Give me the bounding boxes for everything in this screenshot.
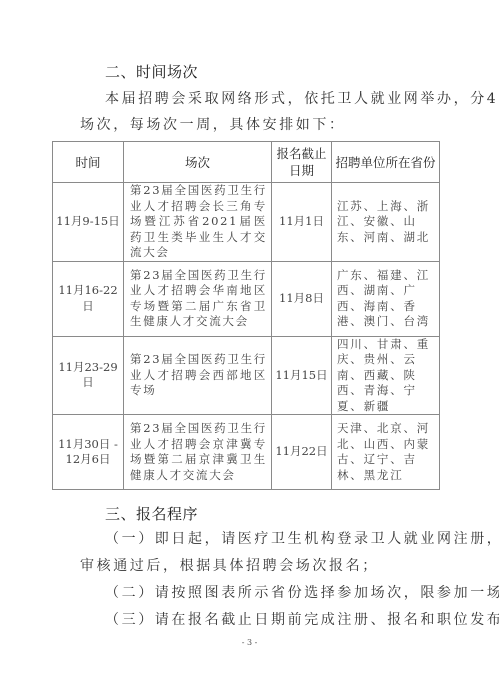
cell-provinces: 天津、北京、河北、山西、内蒙古、辽宁、吉林、黑龙江 — [332, 415, 440, 490]
cell-provinces: 四川、甘肃、重庆、贵州、云南、西藏、陕西、青海、宁夏、新疆 — [332, 336, 440, 415]
cell-time: 11月9-15日 — [53, 183, 124, 262]
cell-session: 第23届全国医药卫生行业人才招聘会长三角专场暨江苏省2021届医药卫生类毕业生人… — [124, 183, 272, 262]
page-number: - 3 - — [0, 638, 499, 647]
cell-deadline: 11月1日 — [272, 183, 332, 262]
section-heading-time-sessions: 二、时间场次 — [105, 61, 198, 82]
intro-paragraph-line1: 本届招聘会采取网络形式，依托卫人就业网举办，分4 — [105, 88, 498, 108]
time-text: 11月23-29日 — [53, 360, 123, 391]
header-deadline-line1: 报名截止 — [272, 145, 331, 162]
cell-session: 第23届全国医药卫生行业人才招聘会京津冀专场暨第二届京津冀卫生健康人才交流大会 — [124, 415, 272, 490]
table-row: 11月9-15日 第23届全国医药卫生行业人才招聘会长三角专场暨江苏省2021届… — [53, 183, 440, 262]
cell-deadline: 11月15日 — [272, 336, 332, 415]
step1-line1: （一）即日起，请医疗卫生机构登录卫人就业网注册， — [105, 528, 499, 548]
step3: （三）请在报名截止日期前完成注册、报名和职位发布。 — [105, 609, 499, 629]
intro-paragraph-line2: 场次，每场次一周，具体安排如下： — [80, 114, 346, 134]
table-row: 11月23-29日 第23届全国医药卫生行业人才招聘会西部地区专场 11月15日… — [53, 336, 440, 415]
header-provinces: 招聘单位所在省份 — [332, 142, 440, 183]
header-session: 场次 — [124, 142, 272, 183]
cell-session: 第23届全国医药卫生行业人才招聘会华南地区专场暨第二届广东省卫生健康人才交流大会 — [124, 261, 272, 336]
header-deadline: 报名截止 日期 — [272, 142, 332, 183]
time-text-line1: 11月30日 - — [53, 437, 123, 453]
table-row: 11月16-22日 第23届全国医药卫生行业人才招聘会华南地区专场暨第二届广东省… — [53, 261, 440, 336]
step2: （二）请按照图表所示省份选择参加场次，限参加一场； — [105, 582, 499, 602]
time-text: 11月9-15日 — [53, 214, 123, 230]
cell-time: 11月23-29日 — [53, 336, 124, 415]
time-text-line2: 12月6日 — [53, 452, 123, 468]
time-text: 11月16-22日 — [53, 283, 123, 314]
header-time: 时间 — [53, 142, 124, 183]
table-header-row: 时间 场次 报名截止 日期 招聘单位所在省份 — [53, 142, 440, 183]
cell-time: 11月16-22日 — [53, 261, 124, 336]
section-heading-registration: 三、报名程序 — [105, 503, 198, 524]
cell-deadline: 11月22日 — [272, 415, 332, 490]
cell-provinces: 广东、福建、江西、湖南、广西、海南、香港、澳门、台湾 — [332, 261, 440, 336]
header-deadline-line2: 日期 — [272, 162, 331, 179]
step1-line2: 审核通过后，根据具体招聘会场次报名； — [80, 555, 379, 575]
cell-time: 11月30日 - 12月6日 — [53, 415, 124, 490]
cell-deadline: 11月8日 — [272, 261, 332, 336]
cell-session: 第23届全国医药卫生行业人才招聘会西部地区专场 — [124, 336, 272, 415]
schedule-table: 时间 场次 报名截止 日期 招聘单位所在省份 11月9-15日 第23届全国医药… — [52, 141, 440, 490]
cell-provinces: 江苏、上海、浙江、安徽、山东、河南、湖北 — [332, 183, 440, 262]
table-row: 11月30日 - 12月6日 第23届全国医药卫生行业人才招聘会京津冀专场暨第二… — [53, 415, 440, 490]
